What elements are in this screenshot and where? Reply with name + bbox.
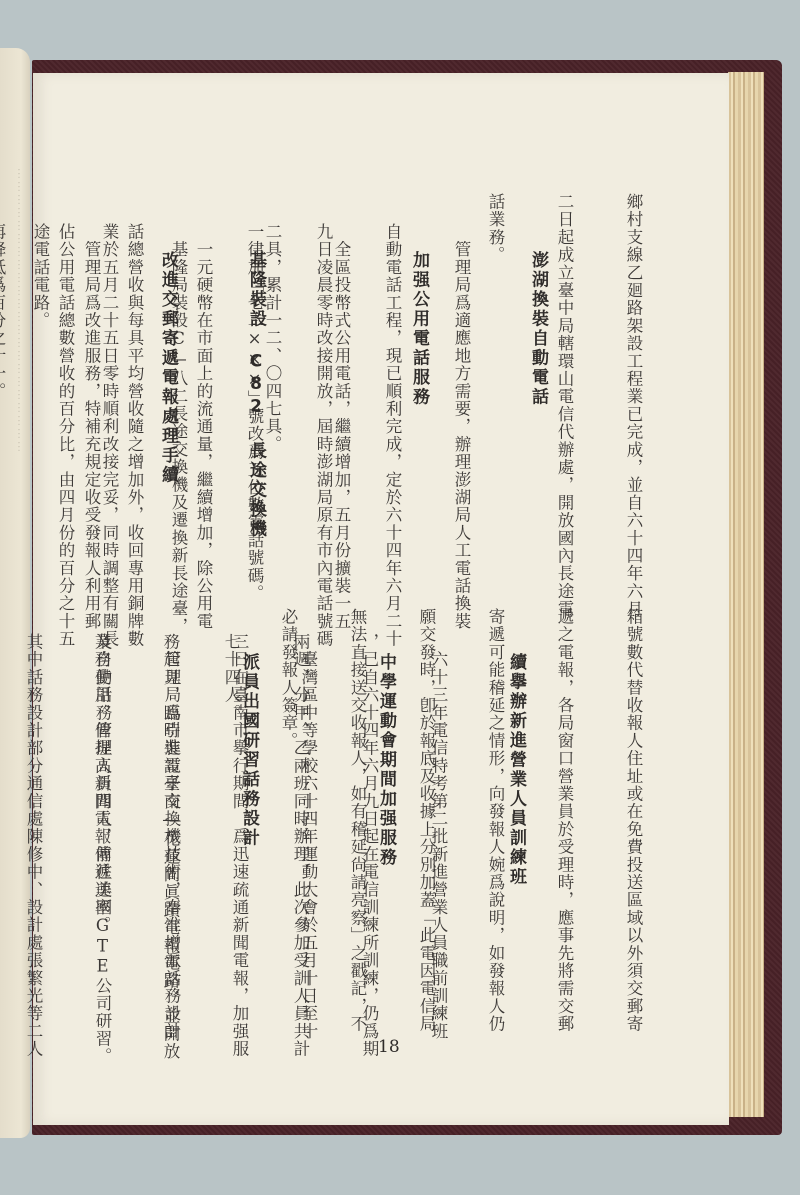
text-line: 二日起成立臺中局轄環山電信代辦處，開放國內長途電: [553, 193, 576, 583]
document-page: 鄉村支線乙廻路架設工程業已完成，並自六十四年六月 二日起成立臺中局轄環山電信代辦…: [33, 73, 729, 1125]
section-heading-postal-telegram: 改進交郵寄遞電報處理手續: [156, 251, 181, 485]
section-heading-overseas-training: 派員出國研習話務設計: [237, 653, 262, 848]
text-line: 管理局爲改進服務，特補充規定收受發報人利用郵: [80, 223, 103, 613]
section-body-postal-telegram: 管理局爲改進服務，特補充規定收受發報人利用郵: [34, 223, 149, 613]
text-line: 箱號數代替收報人住址或在免費投送區域以外須交郵寄: [622, 608, 645, 998]
page-number: 18: [378, 1037, 400, 1057]
text-line: 臺灣區中等學校六十四年運動大會於五月十日至十: [297, 633, 320, 1023]
section-heading-training: 續擧辦新進營業人員訓練班: [504, 653, 529, 887]
section-heading-payphone: 加强公用電話服務: [407, 251, 432, 407]
section-heading-penghu: 澎湖換裝自動電話: [526, 251, 551, 407]
text-line: 遞之電報，各局窗口營業員於受理時，應事先將需交郵: [553, 608, 576, 998]
text-line: 管理局爲適應地方需要，辦理澎湖局人工電話換裝: [450, 223, 473, 613]
text-line: 及自動話務管理人員四人，前往美國GTE公司研習。: [91, 633, 114, 1023]
text-line: 鄉村支線乙廻路架設工程業已完成，並自六十四年六月: [622, 193, 645, 583]
section-heading-sports-meet: 中學運動會期間加强服務: [374, 653, 399, 868]
page-edges: [728, 72, 764, 1117]
text-line: 全區投幣式公用電話，繼續增加，五月份擴裝一五: [330, 223, 353, 613]
text-line: 六十三年電信特考第二批新進營業人員職前訓練班: [427, 633, 450, 1023]
section-body-overseas-training: 管理局爲引進電子交換機技術，奉准增派話務設計 及自動話務管理人員四人，前往美國G…: [0, 633, 229, 1023]
section-heading-keelung: 基隆裝設 C82 長途交換機: [244, 251, 269, 539]
text-line: 管理局爲引進電子交換機技術，奉准增派話務設計: [160, 633, 183, 1023]
text-line: 其中話務設計部分通信處陳修中、設計處張繁光等二人: [22, 633, 45, 1023]
